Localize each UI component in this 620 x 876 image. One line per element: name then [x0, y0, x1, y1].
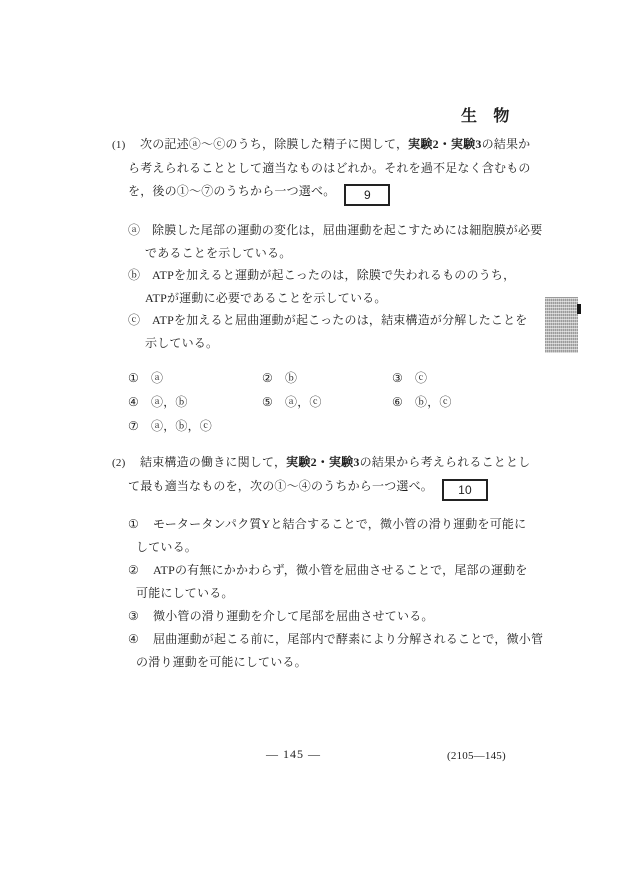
q1-stem-line1-pre: 次の記述ⓐ〜ⓒのうち，除膜した精子に関して，: [140, 137, 408, 151]
footer-page-number: — 145 —: [266, 747, 321, 762]
q1-stem-line3: を，後の①〜⑦のうちから一つ選べ。9: [112, 180, 531, 206]
statement-a-text1: 除膜した尾部の運動の変化は，屈曲運動を起こすためには細胞膜が必要: [152, 223, 542, 237]
question-2-choices: ①モータータンパク質Yと結合することで，微小管の滑り運動を可能に している。 ②…: [128, 513, 543, 674]
q1-stem-line3-text: を，後の①〜⑦のうちから一つ選べ。: [128, 184, 335, 198]
option-1: ①ⓐ: [128, 366, 262, 390]
option-4-num: ④: [128, 390, 151, 414]
q1-stem-line1-bold: 実験2・実験3: [408, 137, 481, 151]
answer-box-9: 9: [344, 184, 390, 206]
statement-b-line1: ⓑATPを加えると運動が起こったのは，除膜で失われるもののうち，: [128, 264, 542, 287]
option-7: ⑦ⓐ，ⓑ，ⓒ: [128, 414, 262, 438]
question-1-number: (1): [112, 134, 140, 157]
option-2-value: ⓑ: [285, 371, 297, 385]
question-2-stem: (2)結束構造の働きに関して，実験2・実験3の結果から考えられることとし て最も…: [112, 451, 530, 501]
option-3-value: ⓒ: [415, 371, 427, 385]
statement-c-line2: 示している。: [128, 332, 542, 355]
option-7-num: ⑦: [128, 414, 151, 438]
statement-b-line2: ATPが運動に必要であることを示している。: [128, 287, 542, 310]
choice-3-num: ③: [128, 605, 153, 628]
option-3-num: ③: [392, 366, 415, 390]
footer-print-code: (2105—145): [447, 750, 506, 762]
q2-stem-line1-post: の結果から考えられることとし: [360, 455, 531, 469]
option-2: ②ⓑ: [262, 366, 392, 390]
choice-3-text1: 微小管の滑り運動を介して尾部を屈曲させている。: [153, 609, 434, 623]
option-6-value: ⓑ，ⓒ: [415, 395, 452, 409]
choice-1-text1: モータータンパク質Yと結合することで，微小管の滑り運動を可能に: [153, 517, 526, 531]
option-5-num: ⑤: [262, 390, 285, 414]
choice-2-line2: 可能にしている。: [128, 582, 543, 605]
exam-page: 生 物 (1)次の記述ⓐ〜ⓒのうち，除膜した精子に関して，実験2・実験3の結果か…: [0, 0, 620, 876]
question-2-number: (2): [112, 452, 140, 475]
q2-stem-line1-bold: 実験2・実験3: [286, 455, 359, 469]
statement-c-line1: ⓒATPを加えると屈曲運動が起こったのは，結束構造が分解したことを: [128, 309, 542, 332]
q2-stem-line2: て最も適当なものを，次の①〜④のうちから一つ選べ。10: [112, 475, 530, 501]
option-4: ④ⓐ，ⓑ: [128, 390, 262, 414]
option-1-value: ⓐ: [151, 371, 163, 385]
option-6: ⑥ⓑ，ⓒ: [392, 390, 552, 414]
q2-stem-line2-text: て最も適当なものを，次の①〜④のうちから一つ選べ。: [128, 479, 433, 493]
q2-stem-line1-pre: 結束構造の働きに関して，: [140, 455, 286, 469]
choice-1-line2: している。: [128, 536, 543, 559]
statement-b-text1: ATPを加えると運動が起こったのは，除膜で失われるもののうち，: [152, 268, 515, 282]
option-2-num: ②: [262, 366, 285, 390]
option-3: ③ⓒ: [392, 366, 552, 390]
statement-c-label: ⓒ: [128, 309, 152, 332]
question-1-stem: (1)次の記述ⓐ〜ⓒのうち，除膜した精子に関して，実験2・実験3の結果か ら考え…: [112, 133, 531, 206]
option-7-value: ⓐ，ⓑ，ⓒ: [151, 419, 212, 433]
choice-2-line1: ②ATPの有無にかかわらず，微小管を屈曲させることで，尾部の運動を: [128, 559, 543, 582]
option-4-value: ⓐ，ⓑ: [151, 395, 188, 409]
option-5-value: ⓐ，ⓒ: [285, 395, 322, 409]
statement-a-line2: であることを示している。: [128, 242, 542, 265]
choice-2-text1: ATPの有無にかかわらず，微小管を屈曲させることで，尾部の運動を: [153, 563, 528, 577]
edge-tab-notch: [577, 304, 581, 314]
q1-stem-line2: ら考えられることとして適当なものはどれか。それを過不足なく含むもの: [112, 157, 531, 180]
q1-stem-line1: (1)次の記述ⓐ〜ⓒのうち，除膜した精子に関して，実験2・実験3の結果か: [112, 133, 531, 157]
answer-box-10: 10: [442, 479, 488, 501]
subject-header: 生 物: [461, 103, 510, 126]
option-5: ⑤ⓐ，ⓒ: [262, 390, 392, 414]
statement-c-text1: ATPを加えると屈曲運動が起こったのは，結束構造が分解したことを: [152, 313, 528, 327]
question-1-statements: ⓐ除膜した尾部の運動の変化は，屈曲運動を起こすためには細胞膜が必要 であることを…: [128, 219, 542, 354]
choice-4-line2: の滑り運動を可能にしている。: [128, 651, 543, 674]
choice-1-line1: ①モータータンパク質Yと結合することで，微小管の滑り運動を可能に: [128, 513, 543, 536]
statement-a-line1: ⓐ除膜した尾部の運動の変化は，屈曲運動を起こすためには細胞膜が必要: [128, 219, 542, 242]
choice-1-num: ①: [128, 513, 153, 536]
page-edge-tab: [545, 297, 578, 353]
choice-4-line1: ④屈曲運動が起こる前に，尾部内で酵素により分解されることで，微小管: [128, 628, 543, 651]
choice-4-num: ④: [128, 628, 153, 651]
statement-a-label: ⓐ: [128, 219, 152, 242]
option-6-num: ⑥: [392, 390, 415, 414]
option-1-num: ①: [128, 366, 151, 390]
q2-stem-line1: (2)結束構造の働きに関して，実験2・実験3の結果から考えられることとし: [112, 451, 530, 475]
q1-stem-line1-post: の結果か: [482, 137, 531, 151]
choice-2-num: ②: [128, 559, 153, 582]
choice-3-line1: ③微小管の滑り運動を介して尾部を屈曲させている。: [128, 605, 543, 628]
choice-4-text1: 屈曲運動が起こる前に，尾部内で酵素により分解されることで，微小管: [153, 632, 543, 646]
statement-b-label: ⓑ: [128, 264, 152, 287]
question-1-options: ①ⓐ ②ⓑ ③ⓒ ④ⓐ，ⓑ ⑤ⓐ，ⓒ ⑥ⓑ，ⓒ ⑦ⓐ，ⓑ，ⓒ: [128, 366, 552, 438]
